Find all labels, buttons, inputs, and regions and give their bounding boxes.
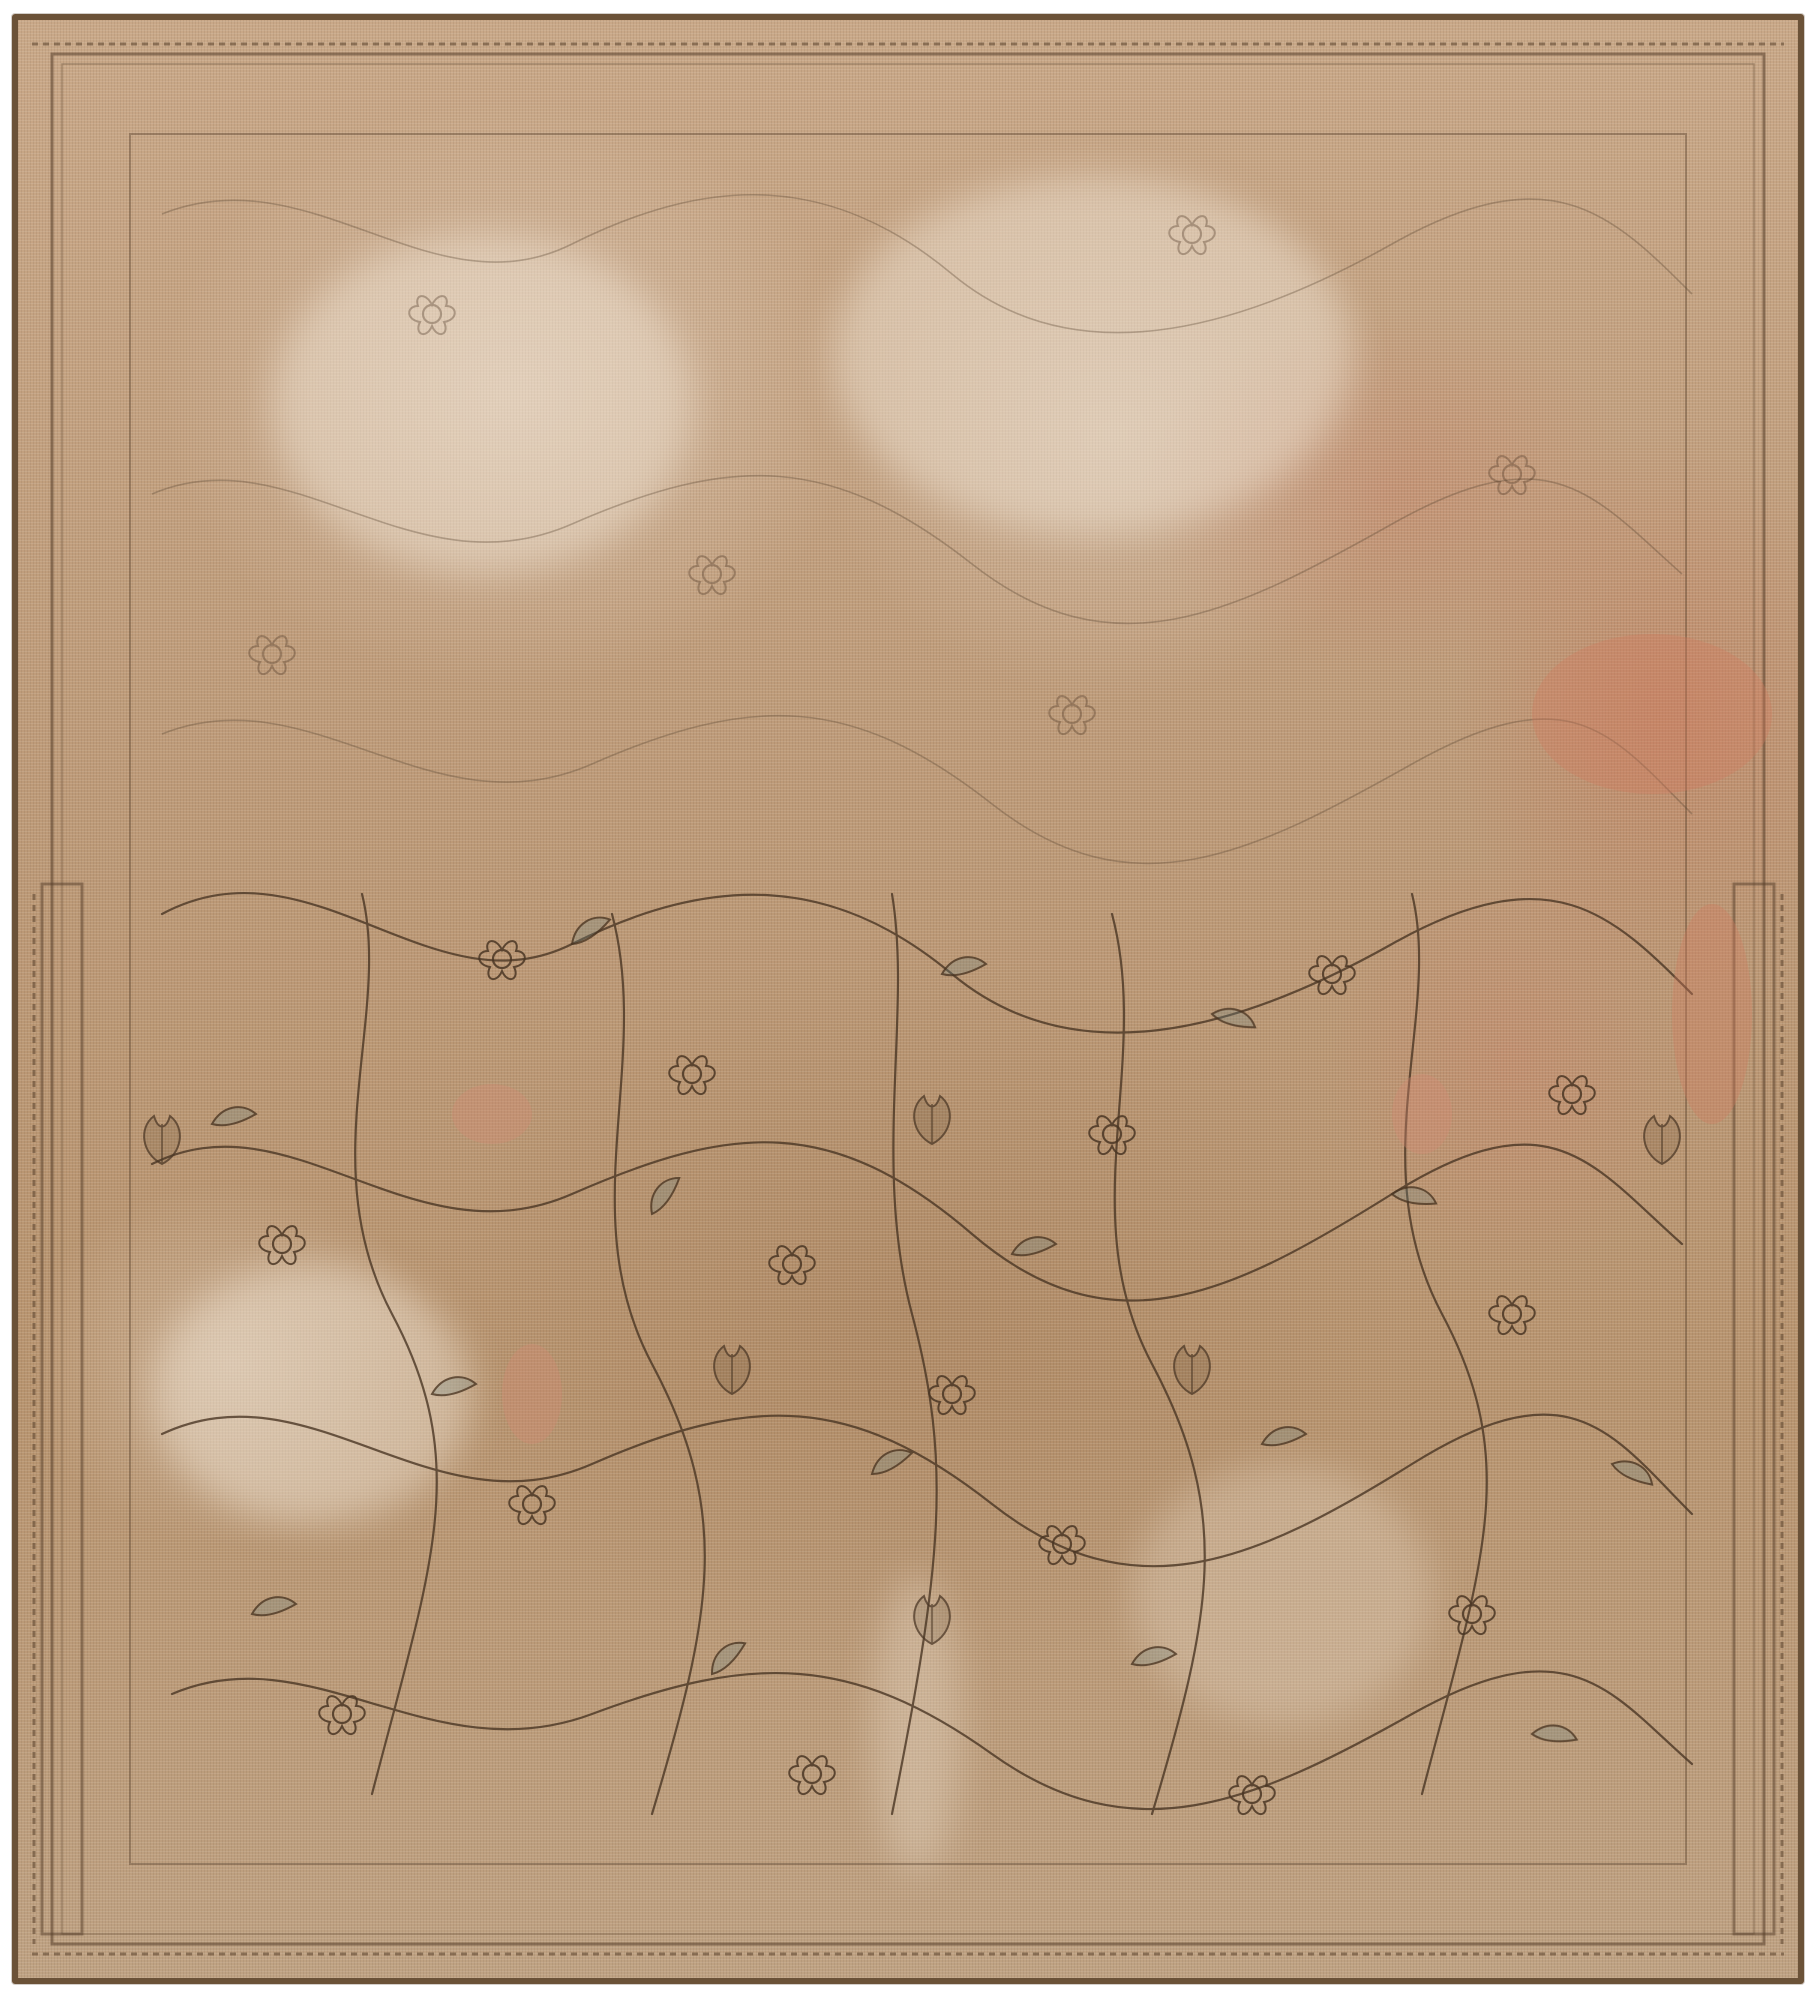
photo-canvas [0,0,1815,2000]
rug [12,14,1804,1984]
floral-motif-layer [12,14,1804,1984]
